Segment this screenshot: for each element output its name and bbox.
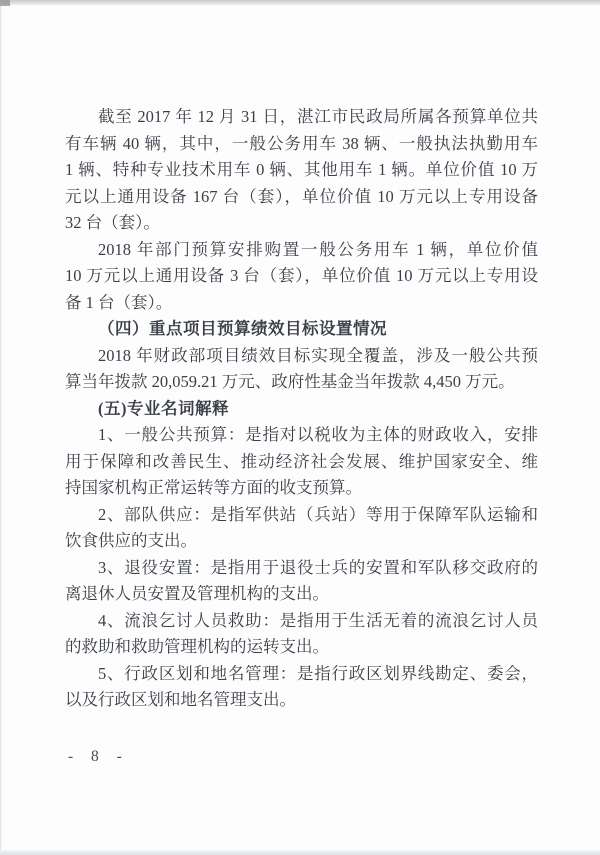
scan-corner-mark: [0, 0, 10, 6]
body-line: 3、退役安置：是指用于退役士兵的安置和军队移交政府的: [65, 555, 538, 582]
body-line: 1 辆、特种专业技术用车 0 辆、其他用车 1 辆。单位价值 10 万: [65, 157, 538, 184]
body-line: 2018 年财政部项目绩效目标实现全覆盖，涉及一般公共预: [65, 343, 538, 370]
scan-edge-left: [0, 0, 2, 855]
page-number: - 8 -: [68, 748, 129, 766]
body-line: 算当年拨款 20,059.21 万元、政府性基金当年拨款 4,450 万元。: [65, 369, 538, 396]
body-line: 饮食供应的支出。: [65, 528, 538, 555]
body-line: 截至 2017 年 12 月 31 日，湛江市民政局所属各预算单位共: [65, 104, 538, 131]
body-line: 以及行政区划和地名管理支出。: [65, 687, 538, 714]
body-line: 的救助和救助管理机构的运转支出。: [65, 634, 538, 661]
body-line: 备 1 台（套）。: [65, 290, 538, 317]
body-line: 2018 年部门预算安排购置一般公务用车 1 辆，单位价值: [65, 237, 538, 264]
body-line: 32 台（套）。: [65, 210, 538, 237]
body-line: 持国家机构正常运转等方面的收支预算。: [65, 475, 538, 502]
body-line: 5、行政区划和地名管理：是指行政区划界线勘定、委会，: [65, 661, 538, 688]
body-line: 10 万元以上通用设备 3 台（套），单位价值 10 万元以上专用设: [65, 263, 538, 290]
scan-edge-top: [0, 0, 600, 5]
body-line: 用于保障和改善民生、推动经济社会发展、维护国家安全、维: [65, 449, 538, 476]
document-body: 截至 2017 年 12 月 31 日，湛江市民政局所属各预算单位共 有车辆 4…: [65, 104, 538, 714]
body-line: 2、部队供应：是指军供站（兵站）等用于保障军队运输和: [65, 502, 538, 529]
section-heading-5: (五)专业名词解释: [65, 396, 538, 423]
section-heading-4: （四）重点项目预算绩效目标设置情况: [65, 316, 538, 343]
body-line: 元以上通用设备 167 台（套），单位价值 10 万元以上专用设备: [65, 184, 538, 211]
body-line: 离退休人员安置及管理机构的支出。: [65, 581, 538, 608]
body-line: 4、流浪乞讨人员救助：是指用于生活无着的流浪乞讨人员: [65, 608, 538, 635]
body-line: 1、一般公共预算：是指对以税收为主体的财政收入，安排: [65, 422, 538, 449]
scan-edge-bottom: [0, 850, 600, 855]
body-line: 有车辆 40 辆，其中，一般公务用车 38 辆、一般执法执勤用车: [65, 131, 538, 158]
